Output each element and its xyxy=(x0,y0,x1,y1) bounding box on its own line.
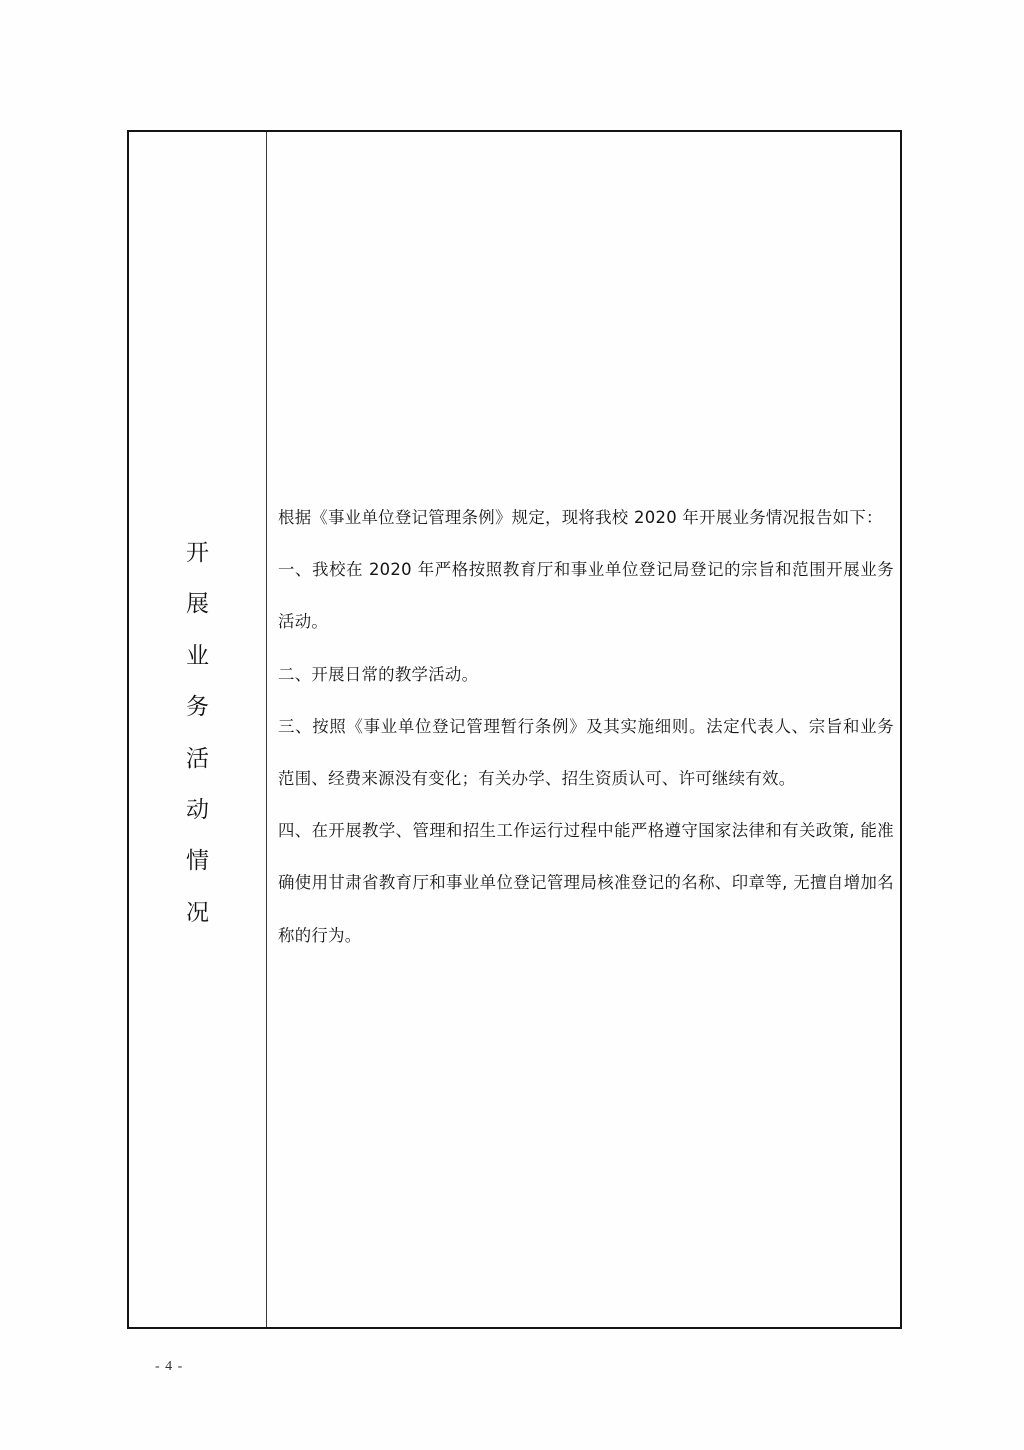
business-activity-table: 开 展 业 务 活 动 情 况 根据《事业单位登记管理条例》规定，现将我校 20… xyxy=(127,130,902,1329)
label-char: 务 xyxy=(186,696,209,719)
label-char: 动 xyxy=(186,799,209,822)
item-three-paragraph: 三、按照《事业单位登记管理暂行条例》及其实施细则。法定代表人、宗旨和业务范围、经… xyxy=(278,701,894,805)
intro-paragraph: 根据《事业单位登记管理条例》规定，现将我校 2020 年开展业务情况报告如下： xyxy=(278,492,894,544)
item-one-paragraph: 一、我校在 2020 年严格按照教育厅和事业单位登记局登记的宗旨和范围开展业务活… xyxy=(278,544,894,648)
label-char: 情 xyxy=(186,850,209,873)
page-number: - 4 - xyxy=(155,1359,183,1375)
label-char: 业 xyxy=(186,645,209,668)
content-cell: 根据《事业单位登记管理条例》规定，现将我校 2020 年开展业务情况报告如下： … xyxy=(268,132,900,1327)
item-two-paragraph: 二、开展日常的教学活动。 xyxy=(278,649,894,701)
document-page: 开 展 业 务 活 动 情 况 根据《事业单位登记管理条例》规定，现将我校 20… xyxy=(0,0,1024,1450)
item-four-paragraph: 四、在开展教学、管理和招生工作运行过程中能严格遵守国家法律和有关政策, 能准确使… xyxy=(278,805,894,962)
label-char: 活 xyxy=(186,748,209,771)
label-char: 况 xyxy=(186,902,209,925)
label-char: 开 xyxy=(186,542,209,565)
report-body: 根据《事业单位登记管理条例》规定，现将我校 2020 年开展业务情况报告如下： … xyxy=(278,492,894,962)
row-label-vertical-text: 开 展 业 务 活 动 情 况 xyxy=(129,542,266,953)
row-label-cell: 开 展 业 务 活 动 情 况 xyxy=(129,132,267,1327)
label-char: 展 xyxy=(186,593,209,616)
